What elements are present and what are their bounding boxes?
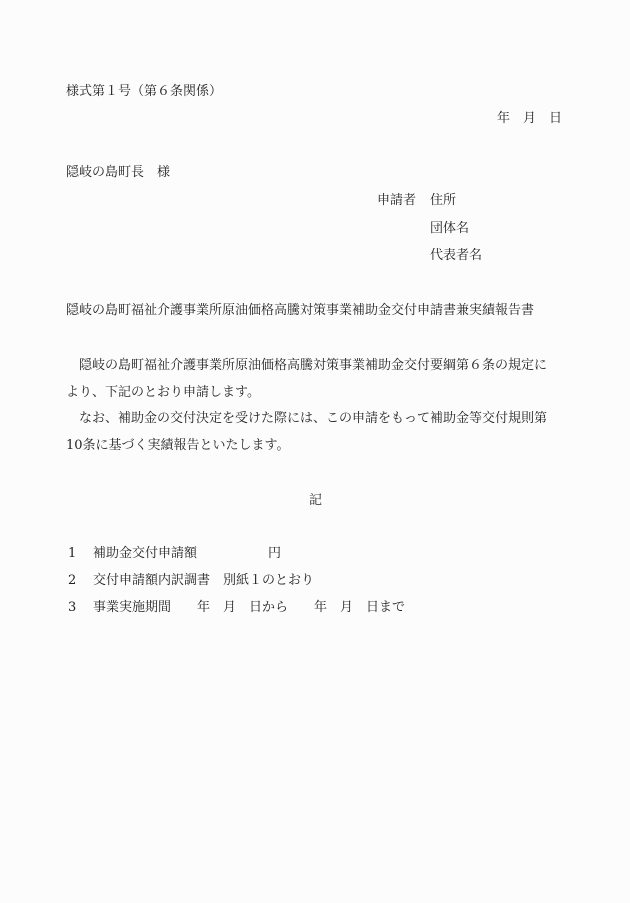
body-paragraph-line: 隠岐の島町福祉介護事業所原油価格高騰対策事業補助金交付要綱第６条の規定に (66, 359, 547, 372)
document-title: 隠岐の島町福祉介護事業所原油価格高騰対策事業補助金交付申請書兼実績報告書 (66, 304, 534, 317)
item-breakdown: 交付申請額内訳調書 別紙１のとおり (93, 574, 314, 587)
item-subsidy-amount: 補助金交付申請額 (93, 547, 197, 560)
applicant-representative-label: 代表者名 (430, 249, 482, 262)
body-paragraph-line: 10条に基づく実績報告といたします。 (66, 439, 290, 452)
applicant-label: 申請者 (377, 194, 416, 207)
ki-heading: 記 (309, 494, 322, 507)
form-number: 様式第１号（第６条関係） (66, 85, 222, 98)
recipient: 隠岐の島町長 様 (66, 166, 170, 179)
applicant-address-label: 住所 (430, 194, 456, 207)
item-number: 3 (68, 601, 76, 614)
item-yen-suffix: 円 (268, 547, 281, 560)
item-number: 1 (68, 547, 76, 560)
body-paragraph-line: より、下記のとおり申請します。 (66, 386, 260, 399)
date-line: 年 月 日 (497, 112, 562, 125)
body-paragraph-line: なお、補助金の交付決定を受けた際には、この申請をもって補助金等交付規則第 (66, 412, 547, 425)
applicant-organization-label: 団体名 (430, 222, 469, 235)
item-number: 2 (68, 574, 76, 587)
item-project-period: 事業実施期間 年 月 日から 年 月 日まで (93, 601, 405, 614)
